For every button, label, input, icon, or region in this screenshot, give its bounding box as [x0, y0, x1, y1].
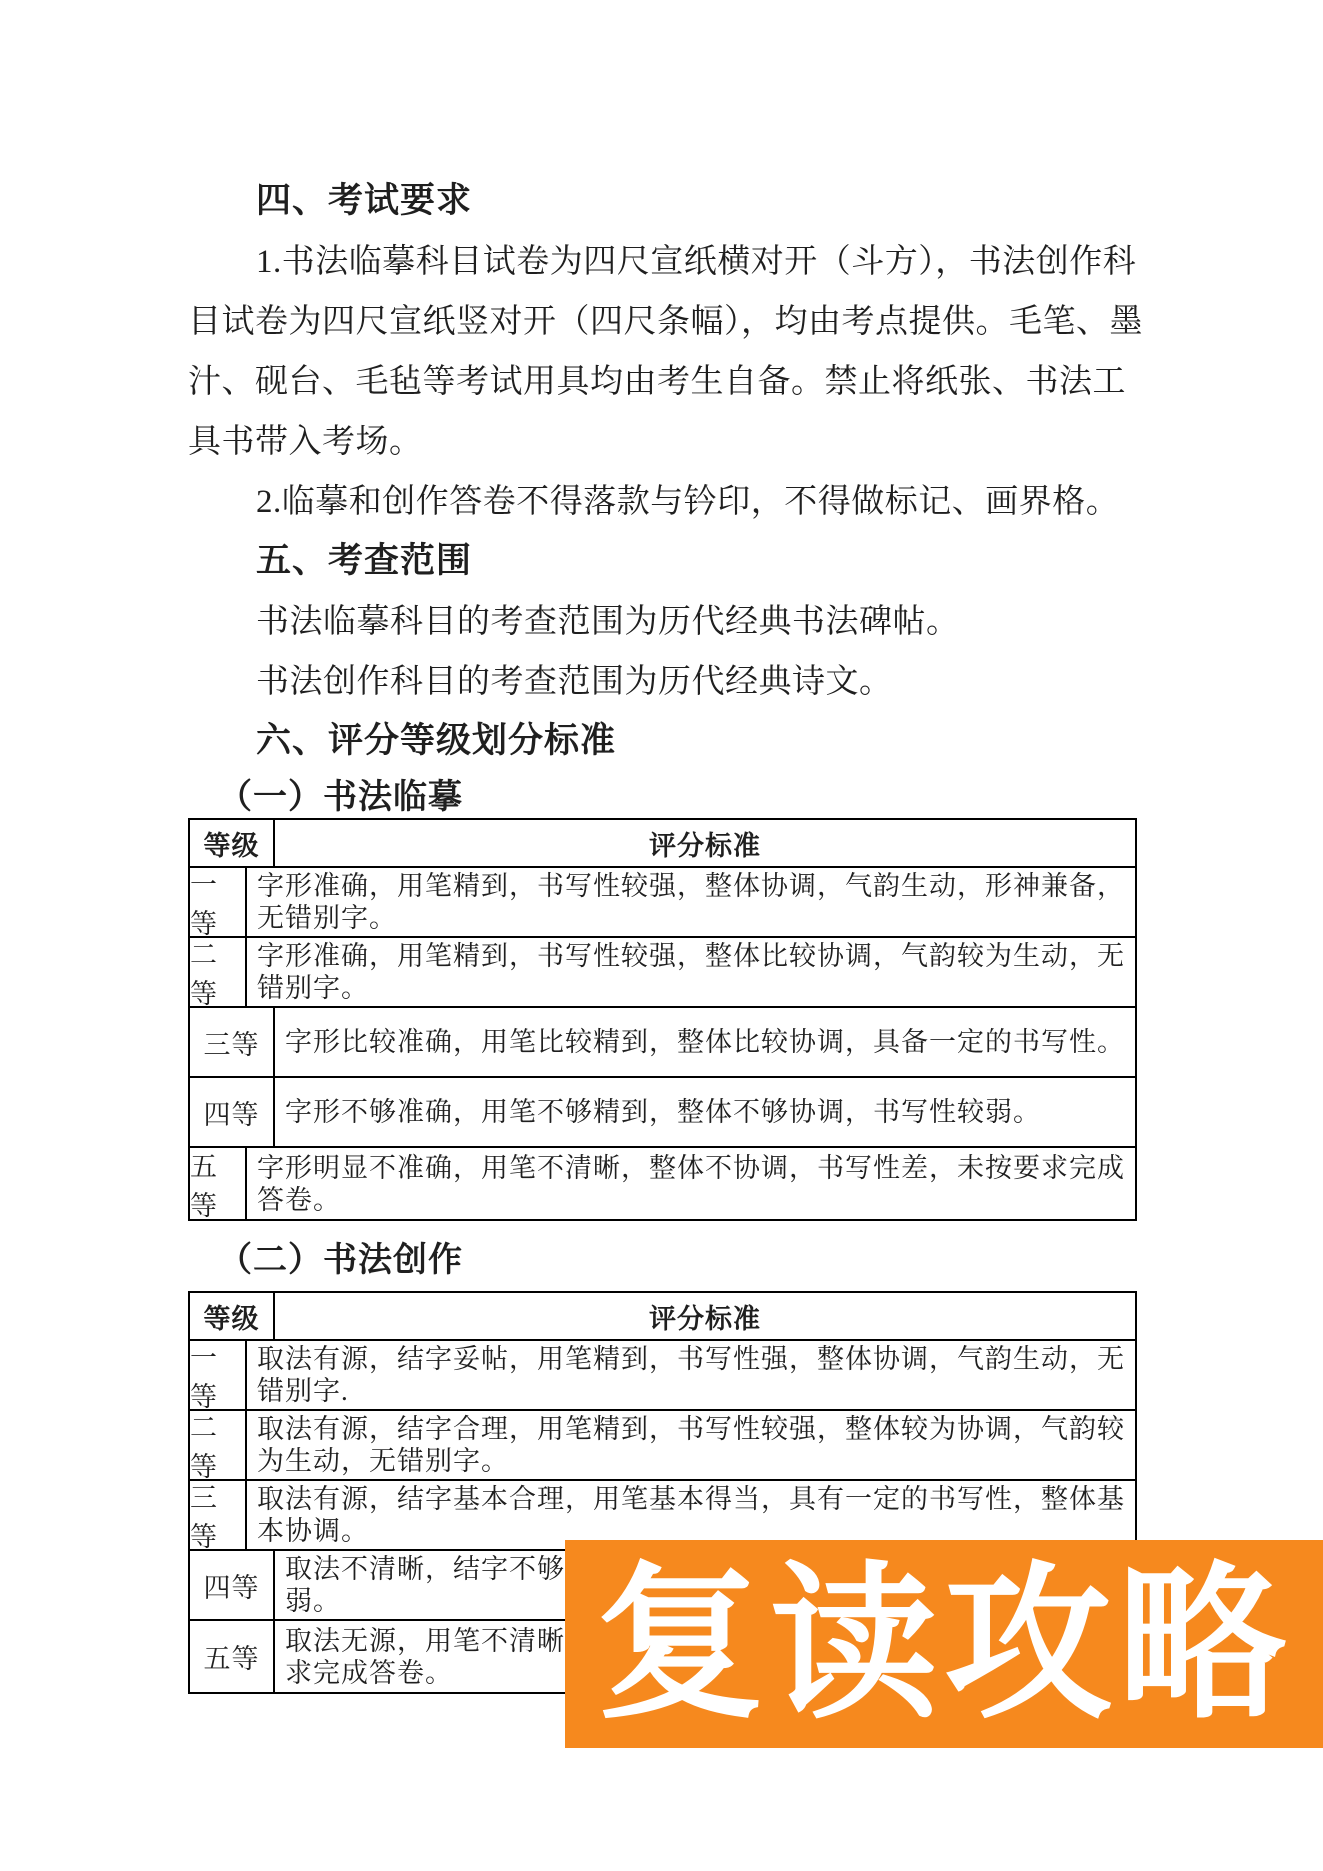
criteria-line: 无错别字。 — [257, 902, 1125, 934]
criteria-cell: 字形准确，用笔精到，书写性较强，整体比较协调，气韵较为生动，无 错别字。 — [247, 938, 1135, 1006]
section-6-heading: 六、评分等级划分标准 — [188, 708, 1140, 768]
criteria-line: 错别字. — [257, 1375, 1125, 1407]
grade-cell: 三等 — [190, 1008, 275, 1076]
document-body: 四、考试要求 1.书法临摹科目试卷为四尺宣纸横对开（斗方），书法创作科 目试卷为… — [188, 0, 1140, 1694]
criteria-header-cell: 评分标准 — [275, 820, 1135, 866]
criteria-cell: 字形明显不准确，用笔不清晰，整体不协调，书写性差，未按要求完成 答卷。 — [247, 1148, 1135, 1219]
criteria-line: 字形准确，用笔精到，书写性较强，整体协调，气韵生动，形神兼备， — [257, 870, 1125, 902]
criteria-line: 字形比较准确，用笔比较精到，整体比较协调，具备一定的书写性。 — [285, 1026, 1125, 1058]
criteria-line: 取法有源，结字基本合理，用笔基本得当，具有一定的书写性，整体基 — [257, 1483, 1125, 1515]
criteria-line: 取法有源，结字妥帖，用笔精到，书写性强，整体协调，气韵生动，无 — [257, 1343, 1125, 1375]
grade-cell: 三等 — [190, 1481, 247, 1549]
criteria-line: 取法有源，结字合理，用笔精到，书写性较强，整体较为协调，气韵较 — [257, 1413, 1125, 1445]
criteria-line: 答卷。 — [257, 1184, 1125, 1216]
criteria-line: 错别字。 — [257, 972, 1125, 1004]
paragraph-1-line: 具书带入考场。 — [188, 408, 1140, 468]
paragraph-2-line: 2.临摹和创作答卷不得落款与钤印，不得做标记、画界格。 — [188, 468, 1140, 528]
watermark-text: 复读攻略 — [596, 1560, 1292, 1728]
criteria-cell: 取法有源，结字合理，用笔精到，书写性较强，整体较为协调，气韵较 为生动，无错别字… — [247, 1411, 1135, 1479]
section-4-heading: 四、考试要求 — [188, 168, 1140, 228]
subsection-2-heading: （二）书法创作 — [188, 1221, 1140, 1291]
table-row: 五等 字形明显不准确，用笔不清晰，整体不协调，书写性差，未按要求完成 答卷。 — [190, 1146, 1135, 1219]
criteria-line: 字形明显不准确，用笔不清晰，整体不协调，书写性差，未按要求完成 — [257, 1152, 1125, 1184]
grade-cell: 五等 — [190, 1621, 275, 1692]
table-row: 二等 取法有源，结字合理，用笔精到，书写性较强，整体较为协调，气韵较 为生动，无… — [190, 1409, 1135, 1479]
criteria-cell: 字形不够准确，用笔不够精到，整体不够协调，书写性较弱。 — [275, 1078, 1135, 1146]
criteria-cell: 取法有源，结字基本合理，用笔基本得当，具有一定的书写性，整体基 本协调。 — [247, 1481, 1135, 1549]
criteria-cell: 字形比较准确，用笔比较精到，整体比较协调，具备一定的书写性。 — [275, 1008, 1135, 1076]
grade-cell: 二等 — [190, 1411, 247, 1479]
grade-cell: 一等 — [190, 868, 247, 936]
criteria-cell: 字形准确，用笔精到，书写性较强，整体协调，气韵生动，形神兼备， 无错别字。 — [247, 868, 1135, 936]
table-row: 三等 字形比较准确，用笔比较精到，整体比较协调，具备一定的书写性。 — [190, 1006, 1135, 1076]
document-page: 四、考试要求 1.书法临摹科目试卷为四尺宣纸横对开（斗方），书法创作科 目试卷为… — [0, 0, 1323, 1871]
grade-cell: 四等 — [190, 1551, 275, 1619]
criteria-header-cell: 评分标准 — [275, 1293, 1135, 1339]
table-header-row: 等级 评分标准 — [190, 820, 1135, 866]
paragraph-1-line: 1.书法临摹科目试卷为四尺宣纸横对开（斗方），书法创作科 — [188, 228, 1140, 288]
paragraph-1-line: 目试卷为四尺宣纸竖对开（四尺条幅），均由考点提供。毛笔、墨 — [188, 288, 1140, 348]
grade-cell: 二等 — [190, 938, 247, 1006]
table-row: 三等 取法有源，结字基本合理，用笔基本得当，具有一定的书写性，整体基 本协调。 — [190, 1479, 1135, 1549]
grade-cell: 五等 — [190, 1148, 247, 1219]
table-row: 一等 取法有源，结字妥帖，用笔精到，书写性强，整体协调，气韵生动，无 错别字. — [190, 1339, 1135, 1409]
section-5-line: 书法临摹科目的考查范围为历代经典书法碑帖。 — [188, 588, 1140, 648]
criteria-line: 字形不够准确，用笔不够精到，整体不够协调，书写性较弱。 — [285, 1096, 1125, 1128]
section-5-line: 书法创作科目的考查范围为历代经典诗文。 — [188, 648, 1140, 708]
table-row: 四等 字形不够准确，用笔不够精到，整体不够协调，书写性较弱。 — [190, 1076, 1135, 1146]
table-row: 二等 字形准确，用笔精到，书写性较强，整体比较协调，气韵较为生动，无 错别字。 — [190, 936, 1135, 1006]
grade-header-cell: 等级 — [190, 1293, 275, 1339]
grade-cell: 四等 — [190, 1078, 275, 1146]
grade-cell: 一等 — [190, 1341, 247, 1409]
section-5-heading: 五、考查范围 — [188, 528, 1140, 588]
criteria-cell: 取法有源，结字妥帖，用笔精到，书写性强，整体协调，气韵生动，无 错别字. — [247, 1341, 1135, 1409]
watermark-overlay: 复读攻略 — [565, 1540, 1323, 1748]
table-row: 一等 字形准确，用笔精到，书写性较强，整体协调，气韵生动，形神兼备， 无错别字。 — [190, 866, 1135, 936]
paragraph-1-line: 汁、砚台、毛毡等考试用具均由考生自备。禁止将纸张、书法工 — [188, 348, 1140, 408]
grade-header-cell: 等级 — [190, 820, 275, 866]
grading-table-linmo: 等级 评分标准 一等 字形准确，用笔精到，书写性较强，整体协调，气韵生动，形神兼… — [188, 818, 1137, 1221]
criteria-line: 为生动，无错别字。 — [257, 1445, 1125, 1477]
criteria-line: 字形准确，用笔精到，书写性较强，整体比较协调，气韵较为生动，无 — [257, 940, 1125, 972]
subsection-1-heading: （一）书法临摹 — [188, 768, 1140, 818]
table-header-row: 等级 评分标准 — [190, 1293, 1135, 1339]
